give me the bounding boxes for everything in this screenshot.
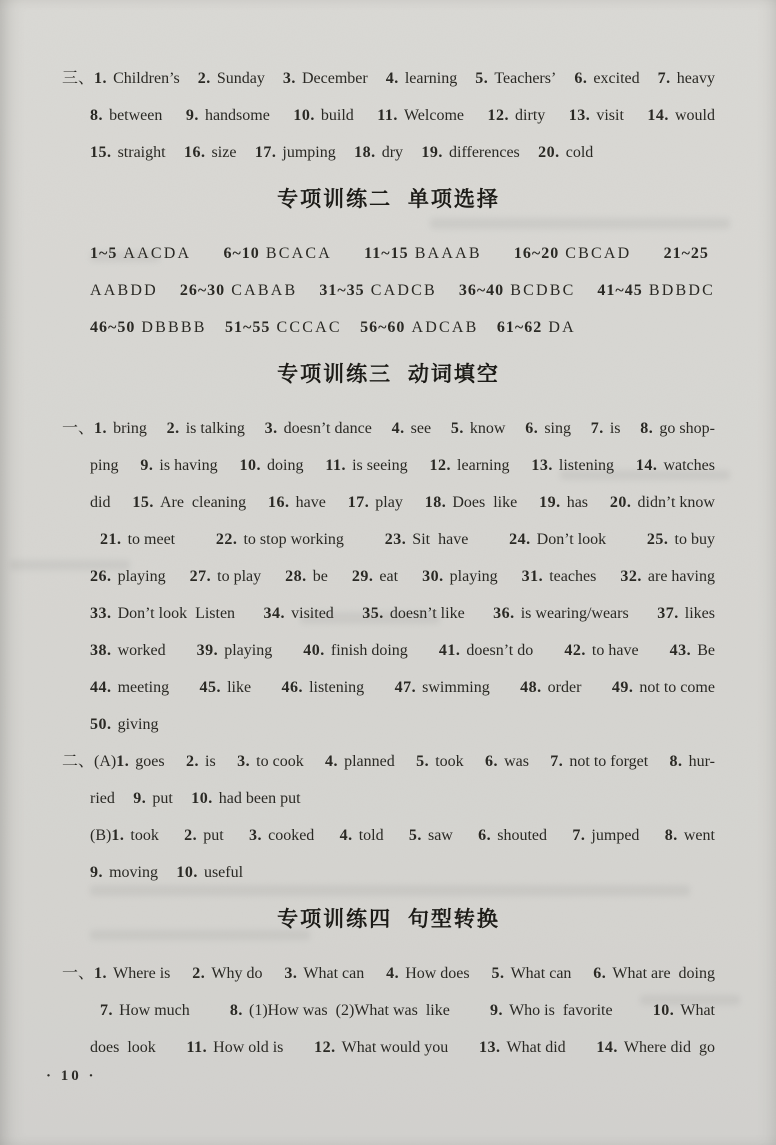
answer-text: Children’s: [113, 70, 180, 87]
section-heading: 专项训练四 句型转换: [62, 905, 715, 935]
answer-item: 37.likes: [657, 595, 715, 632]
answer-item: 2.Why do: [192, 955, 262, 992]
item-number: 26.: [90, 568, 112, 585]
answer-text: dry: [382, 144, 403, 161]
item-number: 4.: [386, 70, 399, 87]
item-number: 2.: [186, 753, 199, 770]
item-number: 18.: [354, 144, 376, 161]
item-number: 25.: [647, 531, 669, 548]
item-number: 8.: [230, 1002, 243, 1019]
answer-item: 14.watches: [636, 447, 715, 484]
answer-item: 5.Teachers’: [475, 60, 556, 97]
answer-text: go shop-: [659, 420, 715, 437]
answer-item: 8.went: [665, 817, 715, 854]
item-number: 17.: [348, 494, 370, 511]
answer-item: 26~30CABAB: [180, 272, 298, 309]
answer-item: 11.is seeing: [325, 447, 407, 484]
answer-item: 3.December: [283, 60, 368, 97]
answer-text: BCDBC: [510, 282, 575, 299]
answer-item: 6.was: [485, 743, 529, 780]
item-number: 39.: [197, 642, 219, 659]
answer-item: 10.doing: [239, 447, 303, 484]
item-number: 11.: [325, 457, 346, 474]
answer-item: 18.Does like: [425, 484, 517, 521]
answer-text: giving: [118, 716, 159, 733]
item-number: 19.: [421, 144, 443, 161]
item-number: 9.: [186, 107, 199, 124]
answer-item: 5.took: [416, 743, 464, 780]
answer-item: 46~50DBBBB: [90, 309, 207, 346]
answer-text: cooked: [268, 827, 314, 844]
answer-text: not to forget: [569, 753, 648, 770]
answer-paragraph: 一、1.Where is2.Why do3.What can4.How does…: [62, 955, 715, 1066]
answer-text: play: [375, 494, 403, 511]
answer-text: was: [504, 753, 529, 770]
answer-text: Teachers’: [494, 70, 556, 87]
answer-item: 13.visit: [569, 97, 624, 134]
answer-text: handsome: [205, 107, 270, 124]
answer-item: 4.told: [340, 817, 384, 854]
item-number: 11.: [377, 107, 398, 124]
answer-text: learning: [405, 70, 457, 87]
answer-item: 46.listening: [281, 669, 364, 706]
item-number: 10.: [239, 457, 261, 474]
answer-text: Welcome: [404, 107, 464, 124]
item-number: 7.: [591, 420, 604, 437]
text-line: 46~50DBBBB51~55CCCAC56~60ADCAB61~62DA: [62, 309, 715, 346]
answer-item: 6.excited: [574, 60, 639, 97]
answer-text: didn’t know: [638, 494, 715, 511]
answer-text: Be: [697, 642, 715, 659]
answer-text: to stop working: [243, 531, 343, 548]
answer-text: to meet: [128, 531, 176, 548]
answer-item: 15.Are cleaning: [132, 484, 246, 521]
answer-text: How does: [405, 965, 469, 982]
answer-text: is wearing/wears: [521, 605, 629, 622]
answer-text: listening: [559, 457, 614, 474]
item-number: 34.: [264, 605, 286, 622]
item-number: 13.: [479, 1039, 501, 1056]
answer-text: heavy: [677, 70, 715, 87]
answer-item: 2.put: [184, 817, 224, 854]
item-number: 3.: [249, 827, 262, 844]
answer-item: 一、1.Where is: [62, 955, 170, 992]
answer-item: 9.put: [133, 780, 173, 817]
answer-item: 3.cooked: [249, 817, 314, 854]
item-number: 49.: [612, 679, 634, 696]
answer-item: 47.swimming: [395, 669, 490, 706]
answer-item: 20.didn’t know: [610, 484, 715, 521]
item-number: 6.: [485, 753, 498, 770]
item-number: 46.: [281, 679, 303, 696]
item-number: 5.: [416, 753, 429, 770]
answer-item: 3.What can: [284, 955, 364, 992]
item-number: 3.: [237, 753, 250, 770]
answer-text: CADCB: [371, 282, 437, 299]
answer-text: AABDD: [90, 282, 158, 299]
item-number: 9.: [133, 790, 146, 807]
answer-item: 28.be: [285, 558, 328, 595]
list-marker: 一、: [62, 420, 94, 437]
item-number: 17.: [255, 144, 277, 161]
item-number: 45.: [200, 679, 222, 696]
answer-text: sing: [544, 420, 571, 437]
answer-item: 16.have: [268, 484, 326, 521]
answer-item: 35.doesn’t like: [362, 595, 464, 632]
answer-item: 41.doesn’t do: [439, 632, 533, 669]
answer-item: 51~55CCCAC: [225, 309, 342, 346]
answer-item: ping: [90, 447, 118, 484]
answer-text: DBBBB: [141, 319, 206, 336]
item-number: 2.: [184, 827, 197, 844]
item-number: 16.: [268, 494, 290, 511]
item-number: 20.: [610, 494, 632, 511]
text-line: 8.between9.handsome10.build11.Welcome12.…: [62, 97, 715, 134]
answer-item: 5.saw: [409, 817, 453, 854]
text-line: 15.straight16.size17.jumping18.dry19.dif…: [62, 134, 715, 171]
answer-item: 41~45BDBDC: [597, 272, 715, 309]
item-number: 14.: [647, 107, 669, 124]
page-number: · 10 ·: [46, 1066, 97, 1086]
answer-item: 36.is wearing/wears: [493, 595, 629, 632]
answer-item: 33.Don’t look Listen: [90, 595, 235, 632]
item-number: 11.: [186, 1039, 207, 1056]
answer-item: does look: [90, 1029, 156, 1066]
answer-item: 17.play: [348, 484, 403, 521]
answer-item: 6.What are doing: [593, 955, 715, 992]
answer-item: 32.are having: [620, 558, 715, 595]
answer-item: 7.jumped: [572, 817, 639, 854]
item-number: 12.: [314, 1039, 336, 1056]
item-number: 9.: [90, 864, 103, 881]
answer-item: 7.heavy: [658, 60, 715, 97]
answer-item: 19.has: [539, 484, 588, 521]
answer-text: What can: [511, 965, 572, 982]
answer-text: order: [548, 679, 582, 696]
item-number: 43.: [670, 642, 692, 659]
answer-text: took: [130, 827, 158, 844]
answer-item: 45.like: [200, 669, 252, 706]
item-number: 36~40: [459, 282, 504, 299]
answer-item: 16.size: [184, 134, 236, 171]
item-number: 61~62: [497, 319, 542, 336]
answer-item: 27.to play: [190, 558, 262, 595]
answer-text: playing: [224, 642, 272, 659]
answer-text: eat: [379, 568, 398, 585]
text-line: 26.playing27.to play28.be29.eat30.playin…: [62, 558, 715, 595]
item-number: 36.: [493, 605, 515, 622]
answer-text: is having: [159, 457, 217, 474]
answer-paragraph: 三、1.Children’s2.Sunday3.December4.learni…: [62, 60, 715, 171]
answer-item: 11.How old is: [186, 1029, 283, 1066]
answer-text: December: [302, 70, 368, 87]
item-number: 15.: [132, 494, 154, 511]
answer-item: 三、1.Children’s: [62, 60, 180, 97]
answer-text: bring: [113, 420, 147, 437]
item-number: 1.: [111, 827, 124, 844]
answer-item: 2.Sunday: [198, 60, 265, 97]
answer-item: 48.order: [520, 669, 581, 706]
item-number: 5.: [491, 965, 504, 982]
answer-paragraph: 1~5AACDA6~10BCACA11~15BAAAB16~20CBCAD21~…: [62, 235, 715, 346]
answer-item: 10.build: [293, 97, 353, 134]
item-number: 1.: [116, 753, 129, 770]
text-line: ping9.is having10.doing11.is seeing12.le…: [62, 447, 715, 484]
answer-text: doesn’t do: [466, 642, 533, 659]
answer-text: teaches: [549, 568, 596, 585]
answer-item: 12.What would you: [314, 1029, 448, 1066]
answer-text: Where did go: [624, 1039, 715, 1056]
answer-paragraph: 二、(A)1.goes2.is3.to cook4.planned5.took6…: [62, 743, 715, 891]
answer-text: like: [227, 679, 251, 696]
text-line: 一、1.Where is2.Why do3.What can4.How does…: [62, 955, 715, 992]
answer-item: 12.learning: [429, 447, 509, 484]
answer-text: playing: [450, 568, 498, 585]
item-number: 4.: [392, 420, 405, 437]
answer-text: size: [212, 144, 237, 161]
item-number: 48.: [520, 679, 542, 696]
answer-text: How old is: [213, 1039, 283, 1056]
item-number: 47.: [395, 679, 417, 696]
item-number: 3.: [284, 965, 297, 982]
item-number: 16.: [184, 144, 206, 161]
answer-item: 16~20CBCAD: [514, 235, 632, 272]
answer-item: 17.jumping: [255, 134, 336, 171]
answer-text: put: [152, 790, 172, 807]
answer-text: would: [675, 107, 715, 124]
answer-text: CBCAD: [565, 245, 631, 262]
item-number: 11~15: [364, 245, 408, 262]
answer-item: 8.go shop-: [640, 410, 715, 447]
text-line: 一、1.bring2.is talking3.doesn’t dance4.se…: [62, 410, 715, 447]
item-number: 6.: [593, 965, 606, 982]
answer-item: 30.playing: [422, 558, 498, 595]
answer-item: 10.What: [653, 992, 715, 1029]
item-number: 40.: [303, 642, 325, 659]
answer-text: cold: [566, 144, 594, 161]
answer-text: Does like: [452, 494, 517, 511]
answer-text: shouted: [497, 827, 547, 844]
answer-item: 6~10BCACA: [223, 235, 332, 272]
item-number: 12.: [487, 107, 509, 124]
answer-item: 38.worked: [90, 632, 166, 669]
answer-text: What are doing: [612, 965, 715, 982]
answer-text: is: [205, 753, 216, 770]
answer-item: 14.Where did go: [596, 1029, 715, 1066]
answer-text: differences: [449, 144, 520, 161]
answer-text: Don’t look: [537, 531, 606, 548]
answer-text: Why do: [211, 965, 262, 982]
item-number: 18.: [425, 494, 447, 511]
item-number: 28.: [285, 568, 307, 585]
answer-text: playing: [118, 568, 166, 585]
item-number: 13.: [569, 107, 591, 124]
answer-key-content: 三、1.Children’s2.Sunday3.December4.learni…: [0, 0, 776, 1066]
answer-text: build: [321, 107, 354, 124]
answer-text: goes: [135, 753, 164, 770]
item-number: 32.: [620, 568, 642, 585]
answer-text: told: [359, 827, 384, 844]
answer-text: does look: [90, 1039, 156, 1056]
answer-text: excited: [593, 70, 639, 87]
item-number: 15.: [90, 144, 112, 161]
answer-text: ping: [90, 457, 118, 474]
answer-text: jumping: [282, 144, 335, 161]
answer-text: DA: [548, 319, 576, 336]
answer-text: have: [296, 494, 326, 511]
item-number: 9.: [490, 1002, 503, 1019]
item-number: 9.: [140, 457, 153, 474]
answer-item: 2.is: [186, 743, 216, 780]
answer-item: 9.is having: [140, 447, 217, 484]
answer-item: 42.to have: [564, 632, 638, 669]
text-line: (B)1.took2.put3.cooked4.told5.saw6.shout…: [62, 817, 715, 854]
answer-item: 10.useful: [176, 854, 243, 891]
item-number: 30.: [422, 568, 444, 585]
answer-item: 6.shouted: [478, 817, 547, 854]
list-marker: (B): [90, 827, 111, 844]
answer-item: 一、1.bring: [62, 410, 147, 447]
answer-text: worked: [118, 642, 166, 659]
answer-item: 二、(A)1.goes: [62, 743, 165, 780]
item-number: 33.: [90, 605, 112, 622]
answer-text: finish doing: [331, 642, 408, 659]
answer-text: hur-: [689, 753, 715, 770]
answer-item: 4.planned: [325, 743, 395, 780]
answer-item: did: [90, 484, 110, 521]
answer-item: 13.What did: [479, 1029, 566, 1066]
answer-item: 9.handsome: [186, 97, 270, 134]
list-marker: 一、: [62, 965, 94, 982]
item-number: 3.: [283, 70, 296, 87]
answer-item: 4.How does: [386, 955, 470, 992]
answer-item: 22.to stop working: [216, 521, 344, 558]
item-number: 27.: [190, 568, 212, 585]
answer-item: 7.How much: [100, 992, 190, 1029]
item-number: 31~35: [319, 282, 364, 299]
item-number: 7.: [658, 70, 671, 87]
item-number: 41~45: [597, 282, 642, 299]
answer-text: is talking: [186, 420, 245, 437]
answer-text: Don’t look Listen: [118, 605, 235, 622]
answer-text: ried: [90, 790, 115, 807]
answer-text: Where is: [113, 965, 170, 982]
answer-text: know: [470, 420, 506, 437]
item-number: 12.: [429, 457, 451, 474]
answer-item: 25.to buy: [647, 521, 715, 558]
item-number: 10.: [293, 107, 315, 124]
answer-item: 2.is talking: [167, 410, 245, 447]
item-number: 56~60: [360, 319, 405, 336]
item-number: 51~55: [225, 319, 270, 336]
answer-item: 36~40BCDBC: [459, 272, 576, 309]
answer-text: (1)How was (2)What was like: [249, 1002, 450, 1019]
item-number: 46~50: [90, 319, 135, 336]
item-number: 26~30: [180, 282, 225, 299]
answer-item: 43.Be: [670, 632, 715, 669]
answer-item: 24.Don’t look: [509, 521, 606, 558]
item-number: 1.: [94, 420, 107, 437]
answer-text: see: [411, 420, 431, 437]
item-number: 2.: [192, 965, 205, 982]
text-line: AABDD26~30CABAB31~35CADCB36~40BCDBC41~45…: [62, 272, 715, 309]
answer-item: 23.Sit have: [385, 521, 469, 558]
text-line: 44.meeting45.like46.listening47.swimming…: [62, 669, 715, 706]
item-number: 44.: [90, 679, 112, 696]
answer-text: went: [684, 827, 715, 844]
item-number: 21.: [100, 531, 122, 548]
answer-text: What did: [507, 1039, 566, 1056]
answer-text: to play: [217, 568, 261, 585]
scanned-page: 三、1.Children’s2.Sunday3.December4.learni…: [0, 0, 776, 1145]
answer-item: 11.Welcome: [377, 97, 464, 134]
answer-text: put: [203, 827, 223, 844]
answer-text: is: [610, 420, 621, 437]
answer-item: 49.not to come: [612, 669, 715, 706]
answer-text: watches: [663, 457, 715, 474]
answer-text: CABAB: [231, 282, 297, 299]
item-number: 5.: [475, 70, 488, 87]
answer-item: 56~60ADCAB: [360, 309, 478, 346]
answer-text: doesn’t like: [390, 605, 465, 622]
item-number: 1.: [94, 965, 107, 982]
answer-item: 6.sing: [525, 410, 571, 447]
answer-item: 29.eat: [352, 558, 398, 595]
answer-item: 14.would: [647, 97, 715, 134]
answer-item: 20.cold: [538, 134, 593, 171]
item-number: 7.: [572, 827, 585, 844]
answer-item: 15.straight: [90, 134, 166, 171]
text-line: does look11.How old is12.What would you1…: [62, 1029, 715, 1066]
item-number: 10.: [653, 1002, 675, 1019]
answer-item: 7.is: [591, 410, 621, 447]
answer-text: between: [109, 107, 162, 124]
answer-item: 61~62DA: [497, 309, 576, 346]
answer-text: How much: [119, 1002, 190, 1019]
item-number: 14.: [596, 1039, 618, 1056]
item-number: 21~25: [664, 245, 709, 262]
text-line: 二、(A)1.goes2.is3.to cook4.planned5.took6…: [62, 743, 715, 780]
answer-item: 8.(1)How was (2)What was like: [230, 992, 450, 1029]
text-line: 9.moving10.useful: [62, 854, 715, 891]
item-number: 8.: [640, 420, 653, 437]
item-number: 5.: [451, 420, 464, 437]
answer-item: 18.dry: [354, 134, 403, 171]
answer-text: learning: [457, 457, 509, 474]
answer-text: doing: [267, 457, 303, 474]
item-number: 38.: [90, 642, 112, 659]
answer-text: moving: [109, 864, 158, 881]
answer-text: CCCAC: [276, 319, 341, 336]
answer-item: 40.finish doing: [303, 632, 407, 669]
item-number: 6.: [478, 827, 491, 844]
answer-item: ried: [90, 780, 115, 817]
answer-item: (B)1.took: [90, 817, 159, 854]
item-number: 4.: [386, 965, 399, 982]
answer-text: useful: [204, 864, 243, 881]
item-number: 42.: [564, 642, 586, 659]
item-number: 41.: [439, 642, 461, 659]
item-number: 5.: [409, 827, 422, 844]
item-number: 23.: [385, 531, 407, 548]
answer-item: 31~35CADCB: [319, 272, 437, 309]
answer-paragraph: 一、1.bring2.is talking3.doesn’t dance4.se…: [62, 410, 715, 743]
answer-item: 11~15BAAAB: [364, 235, 482, 272]
answer-text: dirty: [515, 107, 545, 124]
item-number: 7.: [550, 753, 563, 770]
answer-text: likes: [685, 605, 715, 622]
answer-text: swimming: [422, 679, 490, 696]
